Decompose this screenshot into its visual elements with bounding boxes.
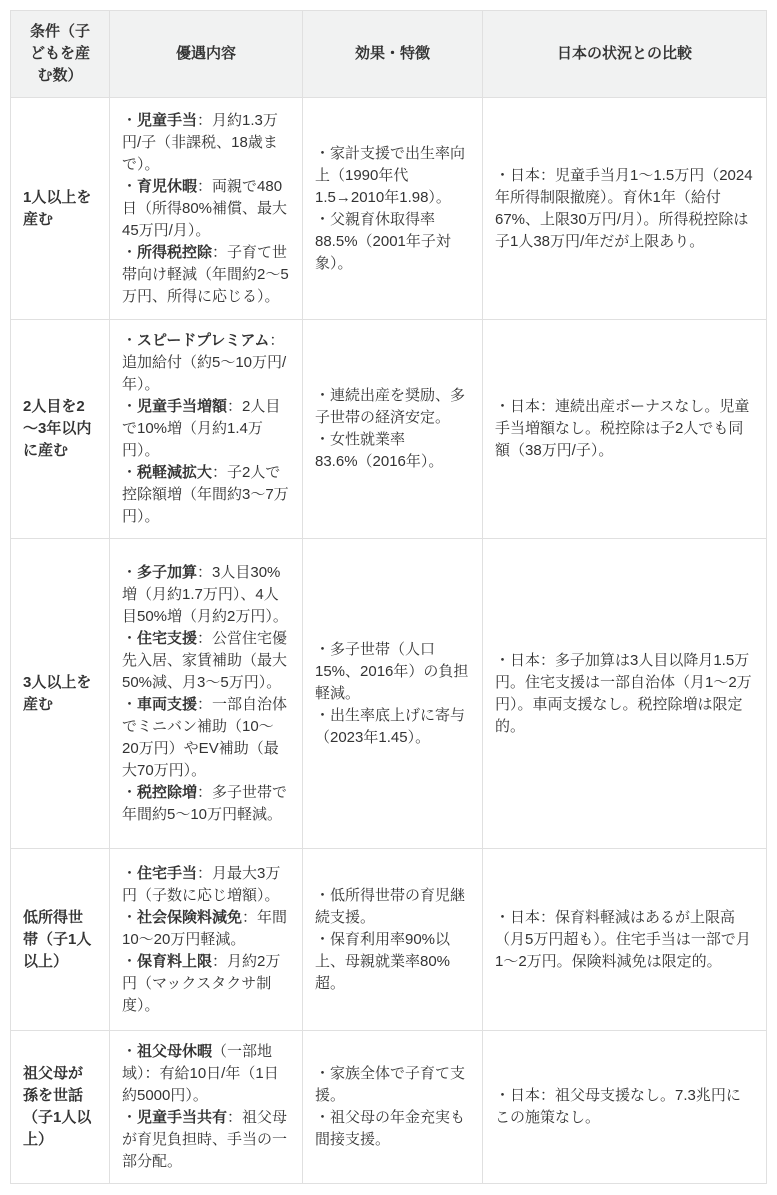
benefit-item: ・祖父母休暇（一部地域）：有給10日/年（1日約5000円）。: [122, 1041, 290, 1107]
japan-comparison-item: ・日本：保育料軽減はあるが上限高（月5万円超も）。住宅手当は一部で月1～2万円。…: [495, 907, 754, 973]
column-header-benefits: 優遇内容: [110, 11, 303, 98]
benefit-item: ・保育料上限：月約2万円（マックスタクサ制度）。: [122, 951, 290, 1017]
benefit-label: 児童手当増額: [137, 398, 227, 415]
effect-item: ・低所得世帯の育児継続支援。: [315, 885, 470, 929]
benefit-item: ・児童手当：月約1.3万円/子（非課税、18歳まで）。: [122, 110, 290, 176]
japan-comparison-item: ・日本：祖父母支援なし。7.3兆円にこの施策なし。: [495, 1085, 754, 1129]
benefit-item: ・住宅支援：公営住宅優先入居、家賃補助（最大50%減、月3～5万円）。: [122, 628, 290, 694]
japan-comparison-item: ・日本：児童手当月1～1.5万円（2024年所得制限撤廃）。育休1年（給付67%…: [495, 165, 754, 253]
japan-comparison-cell: ・日本：多子加算は3人目以降月1.5万円。住宅支援は一部自治体（月1～2万円）。…: [483, 539, 767, 849]
table-body: 1人以上を産む・児童手当：月約1.3万円/子（非課税、18歳まで）。・育児休暇：…: [11, 98, 767, 1184]
table-header: 条件（子どもを産む数） 優遇内容 効果・特徴 日本の状況との比較: [11, 11, 767, 98]
effects-cell: ・家族全体で子育て支援。・祖父母の年金充実も間接支援。: [303, 1031, 483, 1184]
benefit-item: ・税控除増：多子世帯で年間約5～10万円軽減。: [122, 782, 290, 826]
comparison-table: 条件（子どもを産む数） 優遇内容 効果・特徴 日本の状況との比較 1人以上を産む…: [10, 10, 767, 1184]
effect-item: ・連続出産を奨励、多子世帯の経済安定。: [315, 385, 470, 429]
benefit-item: ・多子加算：3人目30%増（月約1.7万円）、4人目50%増（月約2万円）。: [122, 562, 290, 628]
effects-cell: ・低所得世帯の育児継続支援。・保育利用率90%以上、母親就業率80%超。: [303, 849, 483, 1031]
japan-comparison-cell: ・日本：連続出産ボーナスなし。児童手当増額なし。税控除は子2人でも同額（38万円…: [483, 320, 767, 539]
benefit-label: 所得税控除: [137, 244, 212, 261]
benefit-label: 児童手当共有: [137, 1109, 227, 1126]
benefits-cell: ・祖父母休暇（一部地域）：有給10日/年（1日約5000円）。・児童手当共有：祖…: [110, 1031, 303, 1184]
effects-cell: ・家計支援で出生率向上（1990年代1.5→2010年1.98）。・父親育休取得…: [303, 98, 483, 320]
benefit-label: 税軽減拡大: [137, 464, 212, 481]
effect-item: ・出生率底上げに寄与（2023年1.45）。: [315, 705, 470, 749]
condition-cell: 祖父母が孫を世話（子1人以上）: [11, 1031, 110, 1184]
benefit-label: 祖父母休暇: [137, 1043, 212, 1060]
benefit-item: ・住宅手当：月最大3万円（子数に応じ増額）。: [122, 863, 290, 907]
benefit-item: ・児童手当共有：祖父母が育児負担時、手当の一部分配。: [122, 1107, 290, 1173]
header-row: 条件（子どもを産む数） 優遇内容 効果・特徴 日本の状況との比較: [11, 11, 767, 98]
japan-comparison-cell: ・日本：児童手当月1～1.5万円（2024年所得制限撤廃）。育休1年（給付67%…: [483, 98, 767, 320]
effect-item: ・家計支援で出生率向上（1990年代1.5→2010年1.98）。: [315, 143, 470, 209]
benefit-label: 住宅手当: [137, 865, 197, 882]
condition-cell: 低所得世帯（子1人以上）: [11, 849, 110, 1031]
condition-cell: 1人以上を産む: [11, 98, 110, 320]
effect-item: ・父親育休取得率88.5%（2001年子対象）。: [315, 209, 470, 275]
benefit-label: 保育料上限: [137, 953, 212, 970]
benefit-item: ・育児休暇：両親で480日（所得80%補償、最大45万円/月）。: [122, 176, 290, 242]
table-row: 2人目を2～3年以内に産む・スピードプレミアム：追加給付（約5～10万円/年）。…: [11, 320, 767, 539]
effect-item: ・家族全体で子育て支援。: [315, 1063, 470, 1107]
effects-cell: ・多子世帯（人口15%、2016年）の負担軽減。・出生率底上げに寄与（2023年…: [303, 539, 483, 849]
benefit-item: ・スピードプレミアム：追加給付（約5～10万円/年）。: [122, 330, 290, 396]
table-row: 低所得世帯（子1人以上）・住宅手当：月最大3万円（子数に応じ増額）。・社会保険料…: [11, 849, 767, 1031]
benefits-cell: ・住宅手当：月最大3万円（子数に応じ増額）。・社会保険料減免：年間10～20万円…: [110, 849, 303, 1031]
benefit-item: ・車両支援：一部自治体でミニバン補助（10～20万円）やEV補助（最大70万円）…: [122, 694, 290, 782]
benefit-label: 育児休暇: [137, 178, 197, 195]
benefit-label: 税控除増: [137, 784, 197, 801]
page: 条件（子どもを産む数） 優遇内容 効果・特徴 日本の状況との比較 1人以上を産む…: [0, 10, 777, 1195]
benefits-cell: ・スピードプレミアム：追加給付（約5～10万円/年）。・児童手当増額：2人目で1…: [110, 320, 303, 539]
benefit-label: 社会保険料減免: [137, 909, 242, 926]
benefit-label: 児童手当: [137, 112, 197, 129]
effect-item: ・保育利用率90%以上、母親就業率80%超。: [315, 929, 470, 995]
japan-comparison-cell: ・日本：祖父母支援なし。7.3兆円にこの施策なし。: [483, 1031, 767, 1184]
table-row: 祖父母が孫を世話（子1人以上）・祖父母休暇（一部地域）：有給10日/年（1日約5…: [11, 1031, 767, 1184]
effect-item: ・多子世帯（人口15%、2016年）の負担軽減。: [315, 639, 470, 705]
benefit-label: 多子加算: [137, 564, 197, 581]
benefit-label: 車両支援: [137, 696, 197, 713]
benefit-item: ・所得税控除：子育て世帯向け軽減（年間約2～5万円、所得に応じる）。: [122, 242, 290, 308]
benefit-item: ・税軽減拡大：子2人で控除額増（年間約3～7万円）。: [122, 462, 290, 528]
benefits-cell: ・児童手当：月約1.3万円/子（非課税、18歳まで）。・育児休暇：両親で480日…: [110, 98, 303, 320]
table-row: 1人以上を産む・児童手当：月約1.3万円/子（非課税、18歳まで）。・育児休暇：…: [11, 98, 767, 320]
column-header-effects: 効果・特徴: [303, 11, 483, 98]
benefit-item: ・社会保険料減免：年間10～20万円軽減。: [122, 907, 290, 951]
condition-cell: 2人目を2～3年以内に産む: [11, 320, 110, 539]
effect-item: ・女性就業率83.6%（2016年）。: [315, 429, 470, 473]
japan-comparison-item: ・日本：多子加算は3人目以降月1.5万円。住宅支援は一部自治体（月1～2万円）。…: [495, 650, 754, 738]
column-header-condition: 条件（子どもを産む数）: [11, 11, 110, 98]
benefit-label: スピードプレミアム: [137, 332, 269, 349]
japan-comparison-item: ・日本：連続出産ボーナスなし。児童手当増額なし。税控除は子2人でも同額（38万円…: [495, 396, 754, 462]
benefit-item: ・児童手当増額：2人目で10%増（月約1.4万円）。: [122, 396, 290, 462]
benefit-label: 住宅支援: [137, 630, 197, 647]
effects-cell: ・連続出産を奨励、多子世帯の経済安定。・女性就業率83.6%（2016年）。: [303, 320, 483, 539]
condition-cell: 3人以上を産む: [11, 539, 110, 849]
table-row: 3人以上を産む・多子加算：3人目30%増（月約1.7万円）、4人目50%増（月約…: [11, 539, 767, 849]
effect-item: ・祖父母の年金充実も間接支援。: [315, 1107, 470, 1151]
japan-comparison-cell: ・日本：保育料軽減はあるが上限高（月5万円超も）。住宅手当は一部で月1～2万円。…: [483, 849, 767, 1031]
column-header-japan-comparison: 日本の状況との比較: [483, 11, 767, 98]
benefits-cell: ・多子加算：3人目30%増（月約1.7万円）、4人目50%増（月約2万円）。・住…: [110, 539, 303, 849]
